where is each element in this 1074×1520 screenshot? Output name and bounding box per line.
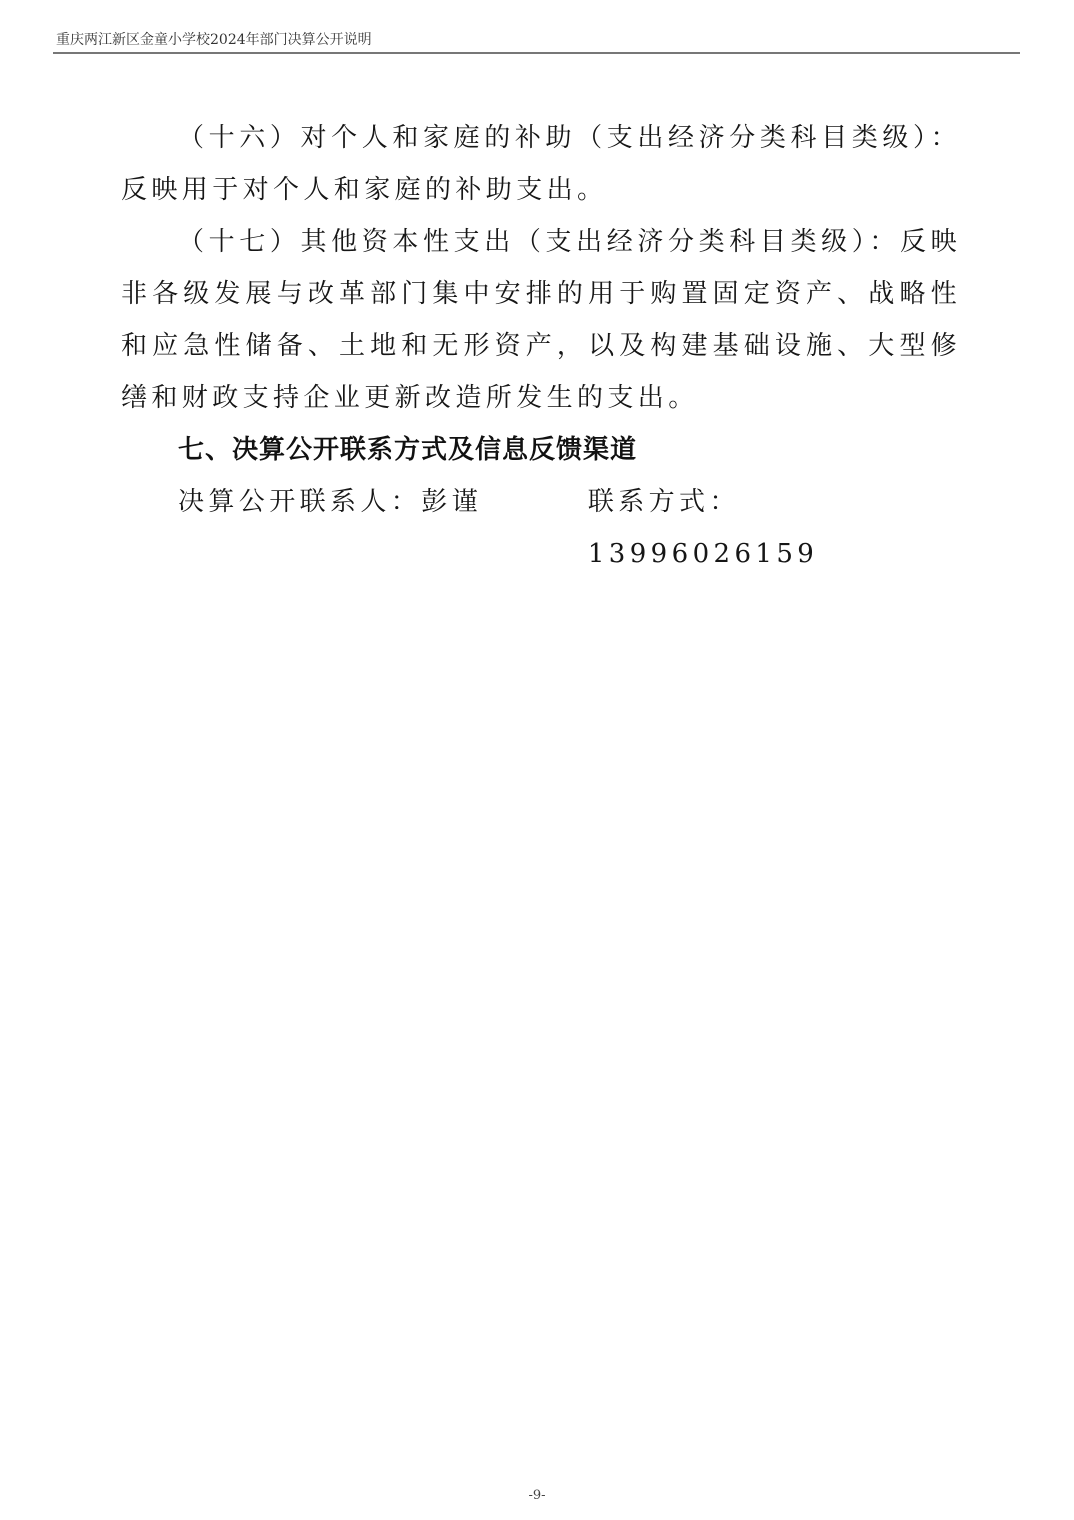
paragraph-item-16: （十六）对个人和家庭的补助（支出经济分类科目类级）：反映用于对个人和家庭的补助支… [121,112,961,216]
contact-phone: 联系方式：13996026159 [588,476,961,580]
page-number: -9- [0,1488,1074,1503]
contact-info: 决算公开联系人：彭谨 联系方式：13996026159 [121,476,961,580]
paragraph-item-17: （十七）其他资本性支出（支出经济分类科目类级）：反映非各级发展与改革部门集中安排… [121,216,961,424]
header-divider [53,52,1020,54]
section-heading: 七、决算公开联系方式及信息反馈渠道 [121,424,961,476]
contact-person: 决算公开联系人：彭谨 [178,476,588,580]
page-header: 重庆两江新区金童小学校2024年部门决算公开说明 [53,30,1021,50]
document-title: 重庆两江新区金童小学校2024年部门决算公开说明 [53,30,1021,50]
document-body: （十六）对个人和家庭的补助（支出经济分类科目类级）：反映用于对个人和家庭的补助支… [121,112,961,580]
